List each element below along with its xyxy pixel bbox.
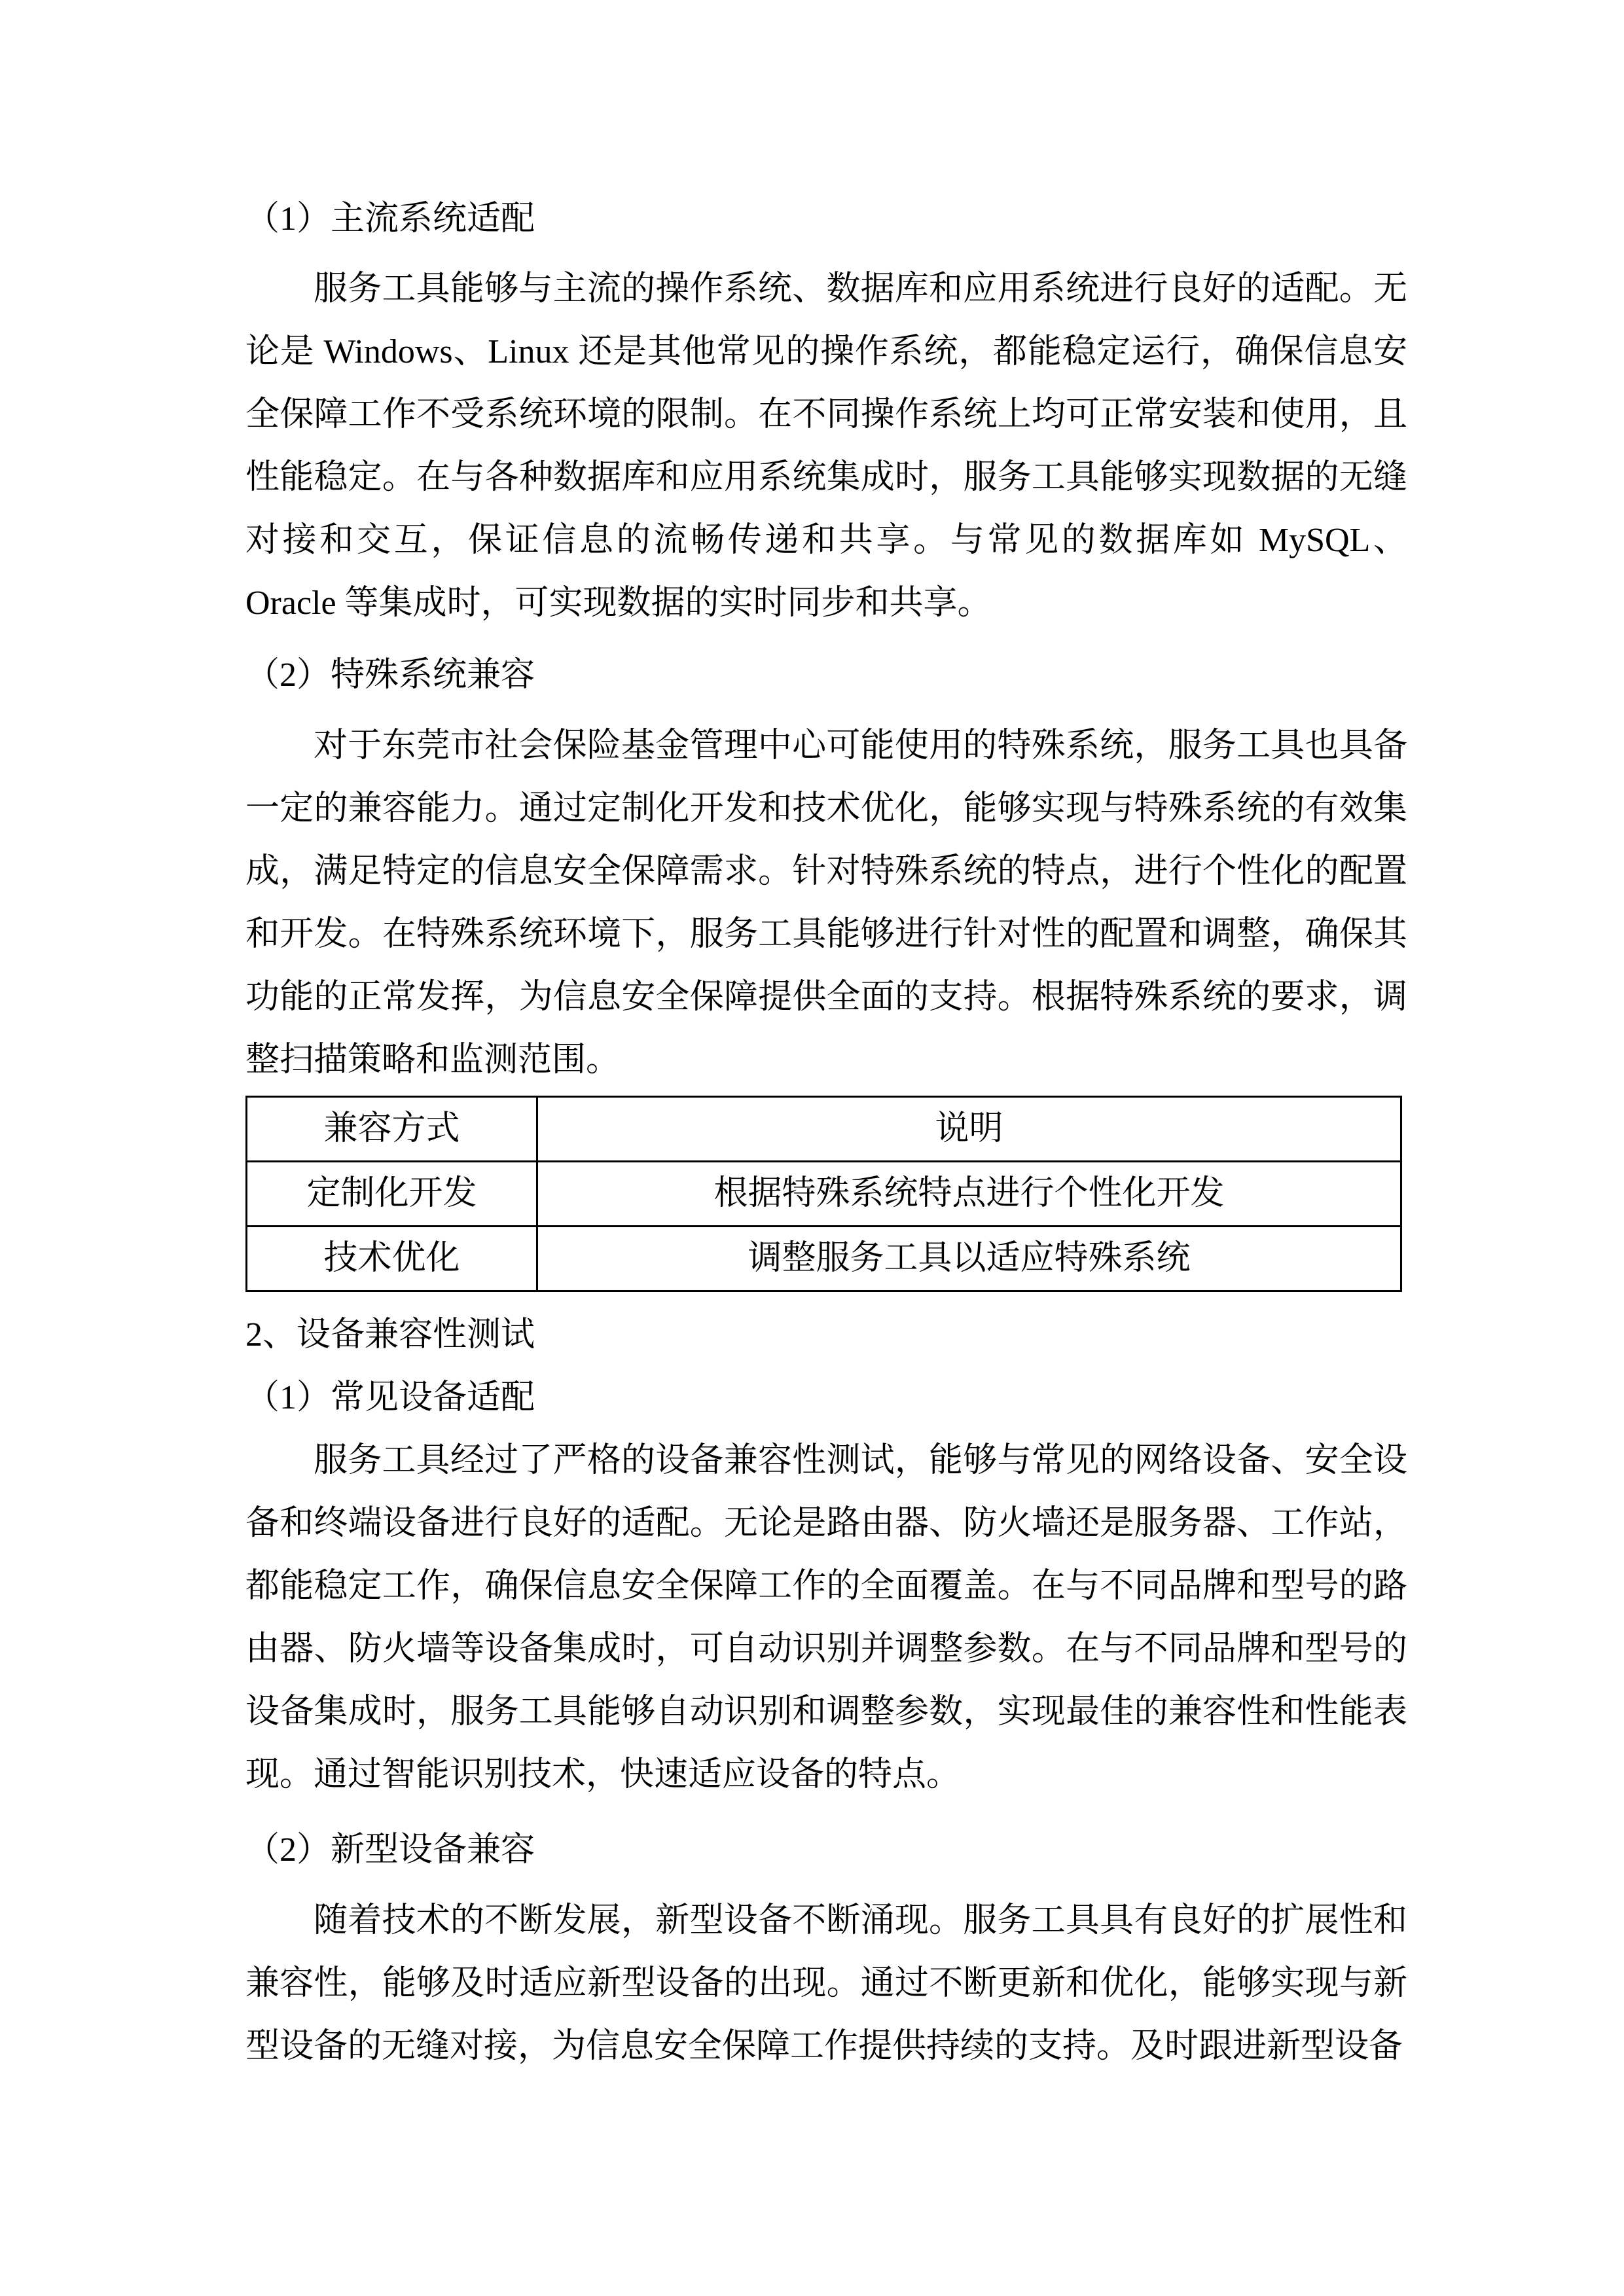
table-cell-description: 调整服务工具以适应特殊系统 (537, 1227, 1401, 1291)
heading-new-device-compatibility: （2）新型设备兼容 (245, 1819, 1407, 1882)
heading-device-compatibility-test: 2、设备兼容性测试 (245, 1304, 1407, 1367)
table-row: 定制化开发 根据特殊系统特点进行个性化开发 (247, 1162, 1401, 1227)
document-page: （1）主流系统适配 服务工具能够与主流的操作系统、数据库和应用系统进行良好的适配… (0, 0, 1624, 2296)
table-header-cell-method: 兼容方式 (247, 1097, 537, 1162)
compatibility-table: 兼容方式 说明 定制化开发 根据特殊系统特点进行个性化开发 技术优化 调整服务工… (245, 1096, 1402, 1292)
table-row: 技术优化 调整服务工具以适应特殊系统 (247, 1227, 1401, 1291)
table-cell-description: 根据特殊系统特点进行个性化开发 (537, 1162, 1401, 1227)
heading-common-device-adaptation: （1）常见设备适配 (245, 1367, 1407, 1429)
paragraph-mainstream-system-adaptation: 服务工具能够与主流的操作系统、数据库和应用系统进行良好的适配。无论是 Windo… (245, 258, 1407, 635)
heading-special-system-compatibility: （2）特殊系统兼容 (245, 644, 1407, 707)
paragraph-common-device-adaptation: 服务工具经过了严格的设备兼容性测试，能够与常见的网络设备、安全设备和终端设备进行… (245, 1429, 1407, 1806)
paragraph-new-device-compatibility: 随着技术的不断发展，新型设备不断涌现。服务工具具有良好的扩展性和兼容性，能够及时… (245, 1890, 1407, 2078)
table-header-row: 兼容方式 说明 (247, 1097, 1401, 1162)
table-cell-method: 技术优化 (247, 1227, 537, 1291)
table-cell-method: 定制化开发 (247, 1162, 537, 1227)
table-header-cell-description: 说明 (537, 1097, 1401, 1162)
heading-mainstream-system-adaptation: （1）主流系统适配 (245, 188, 1407, 251)
paragraph-special-system-compatibility: 对于东莞市社会保险基金管理中心可能使用的特殊系统，服务工具也具备一定的兼容能力。… (245, 715, 1407, 1092)
